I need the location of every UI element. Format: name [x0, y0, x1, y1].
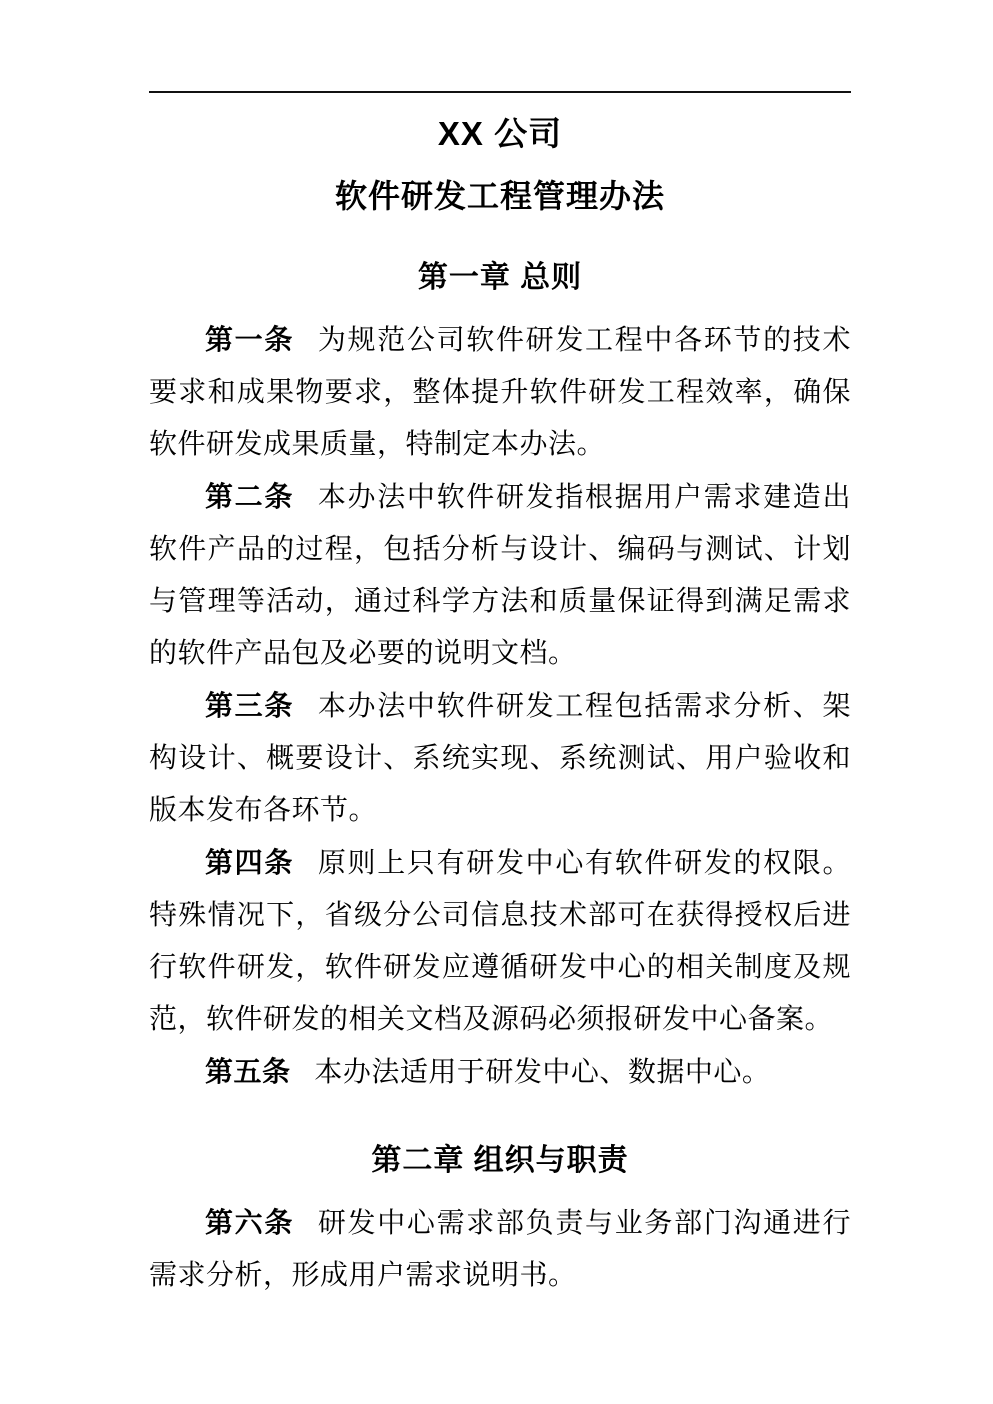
article-4-label: 第四条	[205, 847, 294, 878]
article-5-label: 第五条	[205, 1056, 291, 1087]
document-content: XX 公司 软件研发工程管理办法 第一章 总则 第一条为规范公司软件研发工程中各…	[0, 114, 993, 1302]
article-6: 第六条研发中心需求部负责与业务部门沟通进行需求分析，形成用户需求说明书。	[149, 1197, 851, 1302]
article-2-label: 第二条	[205, 481, 294, 512]
article-3-label: 第三条	[205, 690, 294, 721]
document-page: XX 公司 软件研发工程管理办法 第一章 总则 第一条为规范公司软件研发工程中各…	[0, 0, 993, 1404]
article-5: 第五条本办法适用于研发中心、数据中心。	[149, 1046, 851, 1099]
document-title: 软件研发工程管理办法	[149, 176, 851, 216]
chapter-heading-2: 第二章 组织与职责	[149, 1141, 851, 1181]
company-title: XX 公司	[149, 114, 851, 154]
article-1: 第一条为规范公司软件研发工程中各环节的技术要求和成果物要求，整体提升软件研发工程…	[149, 314, 851, 471]
header-rule	[149, 91, 851, 93]
article-4: 第四条原则上只有研发中心有软件研发的权限。特殊情况下，省级分公司信息技术部可在获…	[149, 837, 851, 1046]
article-1-label: 第一条	[205, 324, 294, 355]
article-3: 第三条本办法中软件研发工程包括需求分析、架构设计、概要设计、系统实现、系统测试、…	[149, 680, 851, 837]
article-6-label: 第六条	[205, 1207, 294, 1238]
chapter-heading-1: 第一章 总则	[149, 258, 851, 298]
article-5-text: 本办法适用于研发中心、数据中心。	[314, 1057, 770, 1088]
article-2: 第二条本办法中软件研发指根据用户需求建造出软件产品的过程，包括分析与设计、编码与…	[149, 471, 851, 680]
